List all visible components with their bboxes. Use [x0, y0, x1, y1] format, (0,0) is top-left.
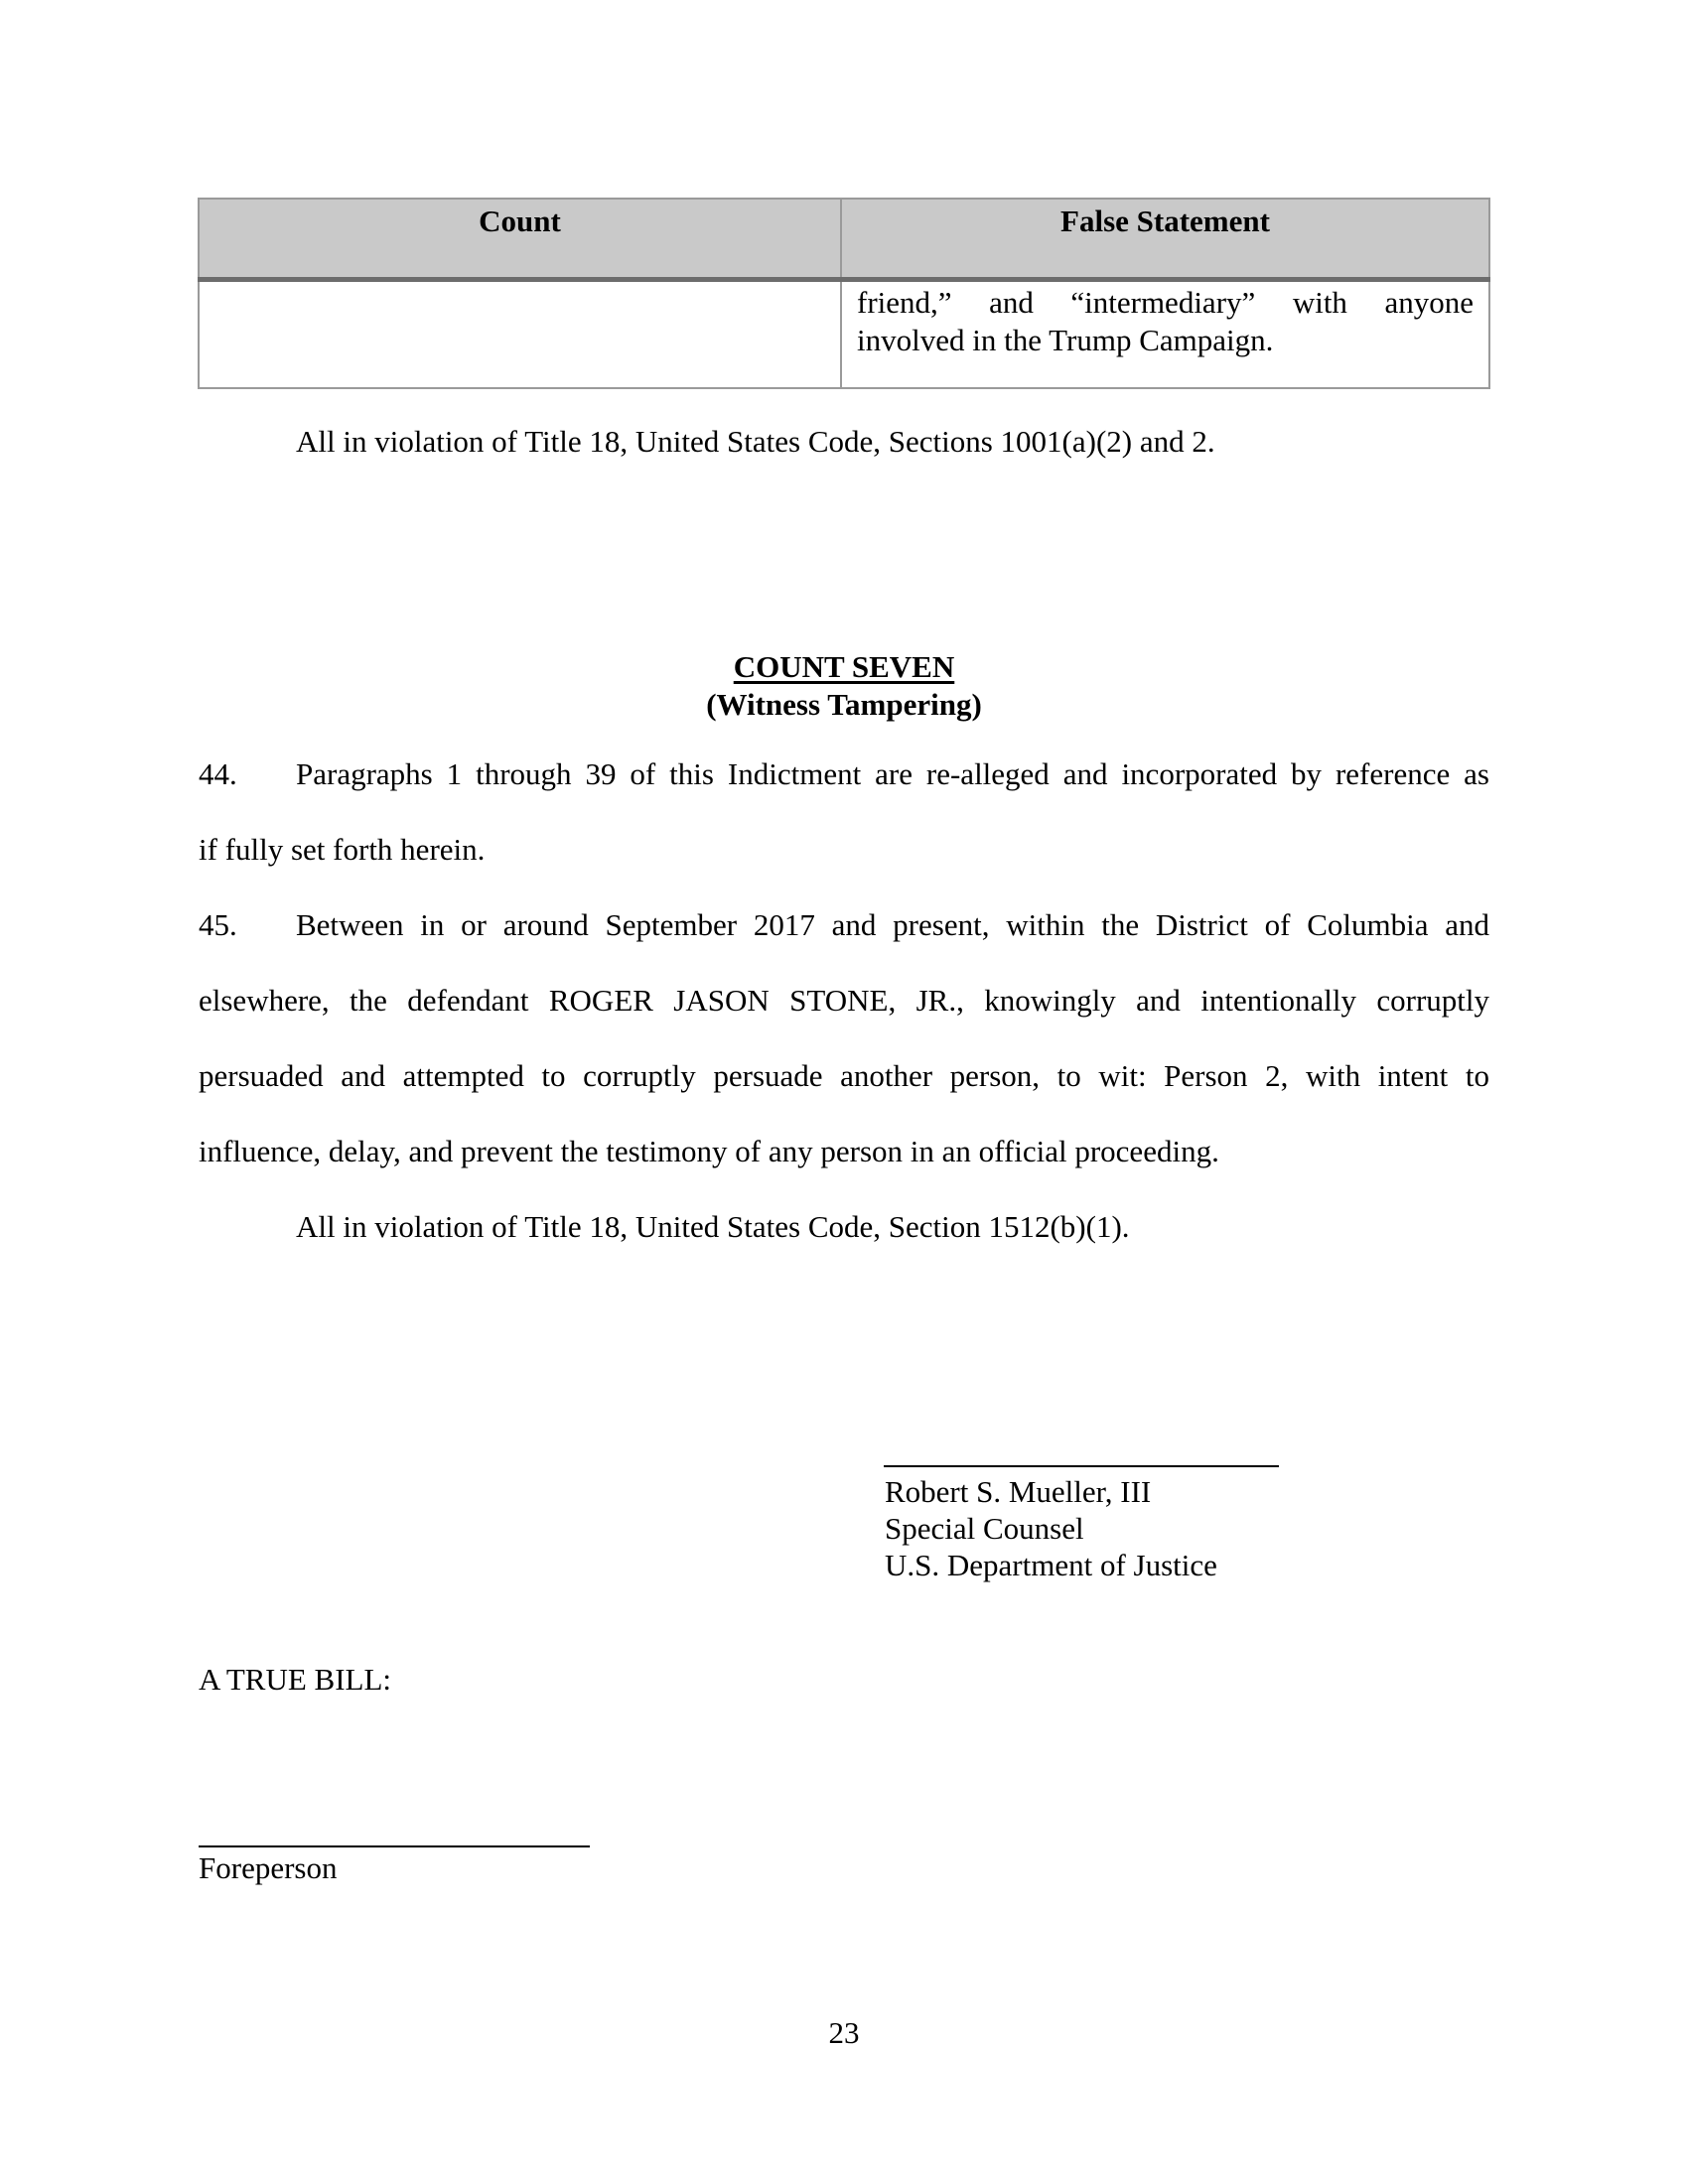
count-cell — [199, 280, 841, 389]
count-subtitle: (Witness Tampering) — [0, 686, 1688, 724]
statement-line: involved in the Trump Campaign. — [857, 323, 1273, 357]
signature-line-foreperson — [199, 1845, 590, 1847]
paragraph-45-line-1: 45.Between in or around September 2017 a… — [199, 907, 1489, 943]
paragraph-44-line-1: 44.Paragraphs 1 through 39 of this Indic… — [199, 756, 1489, 792]
paragraph-45-line-2: elsewhere, the defendant ROGER JASON STO… — [199, 983, 1489, 1019]
statement-line: friend,” and “intermediary” with anyone — [857, 284, 1474, 322]
count-heading: COUNT SEVEN — [0, 648, 1688, 686]
paragraph-text: Between in or around September 2017 and … — [296, 907, 1489, 942]
false-statement-cell: friend,” and “intermediary” with anyone … — [841, 280, 1489, 389]
violation-statement-count-six: All in violation of Title 18, United Sta… — [296, 424, 1215, 460]
paragraph-text: Paragraphs 1 through 39 of this Indictme… — [296, 756, 1489, 791]
column-header-false-statement: False Statement — [841, 199, 1489, 280]
table-row: friend,” and “intermediary” with anyone … — [199, 280, 1489, 389]
signer-name: Robert S. Mueller, III — [885, 1474, 1151, 1510]
false-statement-table: Count False Statement friend,” and “inte… — [198, 198, 1490, 389]
paragraph-number: 45. — [199, 907, 296, 943]
paragraph-number: 44. — [199, 756, 296, 792]
paragraph-44-line-2: if fully set forth herein. — [199, 832, 1489, 868]
count-title: COUNT SEVEN — [734, 649, 955, 684]
signer-agency: U.S. Department of Justice — [885, 1548, 1217, 1583]
column-header-count: Count — [199, 199, 841, 280]
paragraph-45-line-4: influence, delay, and prevent the testim… — [199, 1134, 1489, 1169]
true-bill-label: A TRUE BILL: — [199, 1662, 391, 1698]
page-number: 23 — [0, 2015, 1688, 2051]
signature-line-special-counsel — [884, 1465, 1279, 1467]
table-header-row: Count False Statement — [199, 199, 1489, 280]
violation-statement-count-seven: All in violation of Title 18, United Sta… — [296, 1209, 1130, 1245]
foreperson-label: Foreperson — [199, 1850, 337, 1886]
paragraph-45-line-3: persuaded and attempted to corruptly per… — [199, 1058, 1489, 1094]
signer-title: Special Counsel — [885, 1511, 1084, 1547]
